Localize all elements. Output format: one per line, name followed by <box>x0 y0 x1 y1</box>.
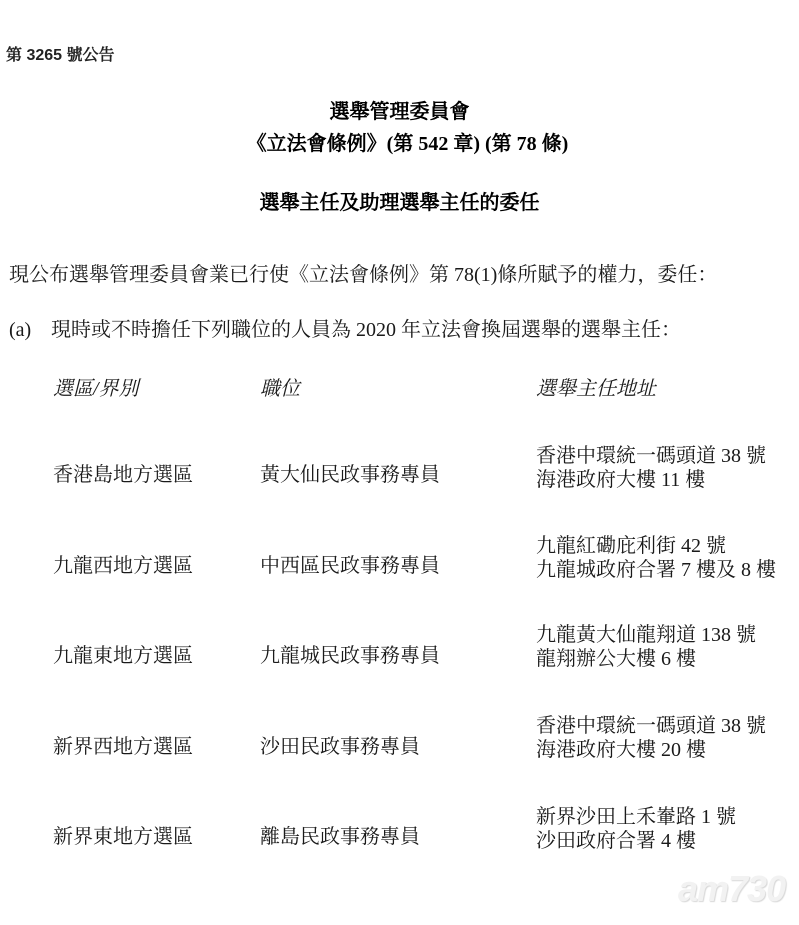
office-cell: 黃大仙民政事務專員 <box>260 458 440 487</box>
address-cell: 新界沙田上禾輋路 1 號 沙田政府合署 4 樓 <box>536 805 736 853</box>
address-line: 沙田政府合署 4 樓 <box>536 829 736 853</box>
intro-paragraph: 現公布選舉管理委員會業已行使《立法會條例》第 78(1)條所賦予的權力，委任： <box>9 258 717 287</box>
address-cell: 香港中環統一碼頭道 38 號 海港政府大樓 20 樓 <box>536 714 766 762</box>
constituency-cell: 香港島地方選區 <box>53 458 193 487</box>
address-line: 海港政府大樓 20 樓 <box>536 738 766 762</box>
address-line: 海港政府大樓 11 樓 <box>536 468 766 492</box>
watermark-logo: am730 <box>678 868 785 910</box>
address-line: 香港中環統一碼頭道 38 號 <box>536 714 766 738</box>
clause-a: (a)現時或不時擔任下列職位的人員為 2020 年立法會換屆選舉的選舉主任： <box>9 313 681 342</box>
office-cell: 九龍城民政事務專員 <box>260 639 440 668</box>
clause-text: 現時或不時擔任下列職位的人員為 2020 年立法會換屆選舉的選舉主任： <box>51 319 681 341</box>
ordinance-reference: 《立法會條例》(第 542 章) (第 78 條) <box>8 127 799 156</box>
header-constituency: 選區/界別 <box>53 372 139 401</box>
header-address: 選舉主任地址 <box>536 372 656 401</box>
office-cell: 中西區民政事務專員 <box>260 549 440 578</box>
constituency-cell: 新界東地方選區 <box>53 820 193 849</box>
address-line: 九龍紅磡庇利街 42 號 <box>536 534 776 558</box>
constituency-cell: 九龍西地方選區 <box>53 549 193 578</box>
constituency-cell: 新界西地方選區 <box>53 730 193 759</box>
address-line: 新界沙田上禾輋路 1 號 <box>536 805 736 829</box>
office-cell: 離島民政事務專員 <box>260 820 420 849</box>
address-cell: 香港中環統一碼頭道 38 號 海港政府大樓 11 樓 <box>536 444 766 492</box>
header-office: 職位 <box>260 372 300 401</box>
notice-subject: 選舉主任及助理選舉主任的委任 <box>0 186 799 215</box>
address-line: 九龍黃大仙龍翔道 138 號 <box>536 623 756 647</box>
address-line: 龍翔辦公大樓 6 樓 <box>536 647 756 671</box>
clause-label: (a) <box>9 319 51 342</box>
address-cell: 九龍紅磡庇利街 42 號 九龍城政府合署 7 樓及 8 樓 <box>536 534 776 582</box>
notice-number: 第 3265 號公告 <box>6 42 115 65</box>
constituency-cell: 九龍東地方選區 <box>53 639 193 668</box>
address-line: 香港中環統一碼頭道 38 號 <box>536 444 766 468</box>
address-line: 九龍城政府合署 7 樓及 8 樓 <box>536 558 776 582</box>
office-cell: 沙田民政事務專員 <box>260 730 420 759</box>
address-cell: 九龍黃大仙龍翔道 138 號 龍翔辦公大樓 6 樓 <box>536 623 756 671</box>
authority-title: 選舉管理委員會 <box>0 95 799 124</box>
